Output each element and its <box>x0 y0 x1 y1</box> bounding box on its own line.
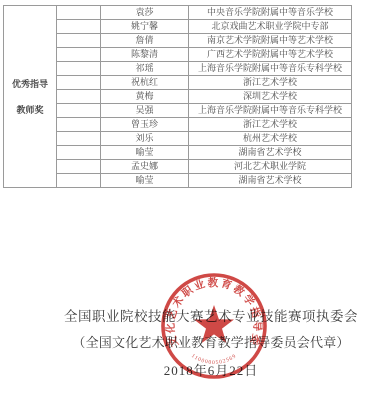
blank-cell <box>57 62 101 76</box>
blank-cell <box>57 146 101 160</box>
school-name-cell: 深圳艺术学校 <box>189 90 352 104</box>
table-row: 祁瑶上海音乐学院附属中等音乐专科学校 <box>4 62 352 76</box>
table-row: 喻莹湖南省艺术学校 <box>4 146 352 160</box>
awards-table-body: 优秀指导教师奖袁莎中央音乐学院附属中等音乐学校姚宁馨北京戏曲艺术职业学院中专部詹… <box>4 6 352 188</box>
official-seal-stamp: 全国文化艺术职业教育教学指导委员会 1100000502569 <box>159 271 269 381</box>
teacher-name-cell: 吴强 <box>101 104 189 118</box>
award-title-line2: 教师奖 <box>4 103 56 117</box>
blank-cell <box>57 104 101 118</box>
blank-cell <box>57 48 101 62</box>
school-name-cell: 浙江艺术学校 <box>189 118 352 132</box>
table-row: 优秀指导教师奖袁莎中央音乐学院附属中等音乐学校 <box>4 6 352 20</box>
table-row: 刘乐杭州艺术学校 <box>4 132 352 146</box>
blank-cell <box>57 132 101 146</box>
school-name-cell: 河北艺术职业学院 <box>189 160 352 174</box>
teacher-name-cell: 袁莎 <box>101 6 189 20</box>
table-row: 吴强上海音乐学院附属中等音乐专科学校 <box>4 104 352 118</box>
teacher-name-cell: 黄梅 <box>101 90 189 104</box>
teacher-name-cell: 喻莹 <box>101 174 189 188</box>
seal-arc-text: 全国文化艺术职业教育教学指导委员会 <box>159 271 264 349</box>
teacher-name-cell: 祁瑶 <box>101 62 189 76</box>
awards-table: 优秀指导教师奖袁莎中央音乐学院附属中等音乐学校姚宁馨北京戏曲艺术职业学院中专部詹… <box>3 5 352 188</box>
blank-cell <box>57 174 101 188</box>
school-name-cell: 北京戏曲艺术职业学院中专部 <box>189 20 352 34</box>
teacher-name-cell: 祝杭红 <box>101 76 189 90</box>
table-row: 陈黎清广西艺术学院附属中等艺术学校 <box>4 48 352 62</box>
table-row: 孟史娜河北艺术职业学院 <box>4 160 352 174</box>
award-title-line1: 优秀指导 <box>4 77 56 91</box>
document-page: 优秀指导教师奖袁莎中央音乐学院附属中等音乐学校姚宁馨北京戏曲艺术职业学院中专部詹… <box>0 0 369 400</box>
teacher-name-cell: 喻莹 <box>101 146 189 160</box>
seal-star-icon <box>194 305 234 343</box>
table-row: 姚宁馨北京戏曲艺术职业学院中专部 <box>4 20 352 34</box>
blank-cell <box>57 160 101 174</box>
blank-cell <box>57 118 101 132</box>
seal-serial-number: 1100000502569 <box>190 353 238 366</box>
blank-cell <box>57 6 101 20</box>
school-name-cell: 上海音乐学院附属中等音乐专科学校 <box>189 62 352 76</box>
teacher-name-cell: 陈黎清 <box>101 48 189 62</box>
table-row: 喻莹湖南省艺术学校 <box>4 174 352 188</box>
school-name-cell: 杭州艺术学校 <box>189 132 352 146</box>
table-row: 曾玉珍浙江艺术学校 <box>4 118 352 132</box>
school-name-cell: 南京艺术学院附属中等艺术学校 <box>189 34 352 48</box>
teacher-name-cell: 刘乐 <box>101 132 189 146</box>
school-name-cell: 湖南省艺术学校 <box>189 146 352 160</box>
teacher-name-cell: 詹倩 <box>101 34 189 48</box>
school-name-cell: 上海音乐学院附属中等音乐专科学校 <box>189 104 352 118</box>
table-row: 詹倩南京艺术学院附属中等艺术学校 <box>4 34 352 48</box>
teacher-name-cell: 姚宁馨 <box>101 20 189 34</box>
school-name-cell: 湖南省艺术学校 <box>189 174 352 188</box>
teacher-name-cell: 孟史娜 <box>101 160 189 174</box>
table-row: 黄梅深圳艺术学校 <box>4 90 352 104</box>
school-name-cell: 中央音乐学院附属中等音乐学校 <box>189 6 352 20</box>
blank-cell <box>57 20 101 34</box>
table-row: 祝杭红浙江艺术学校 <box>4 76 352 90</box>
school-name-cell: 浙江艺术学校 <box>189 76 352 90</box>
blank-cell <box>57 90 101 104</box>
award-title-cell: 优秀指导教师奖 <box>4 6 57 188</box>
blank-cell <box>57 34 101 48</box>
blank-cell <box>57 76 101 90</box>
teacher-name-cell: 曾玉珍 <box>101 118 189 132</box>
school-name-cell: 广西艺术学院附属中等艺术学校 <box>189 48 352 62</box>
